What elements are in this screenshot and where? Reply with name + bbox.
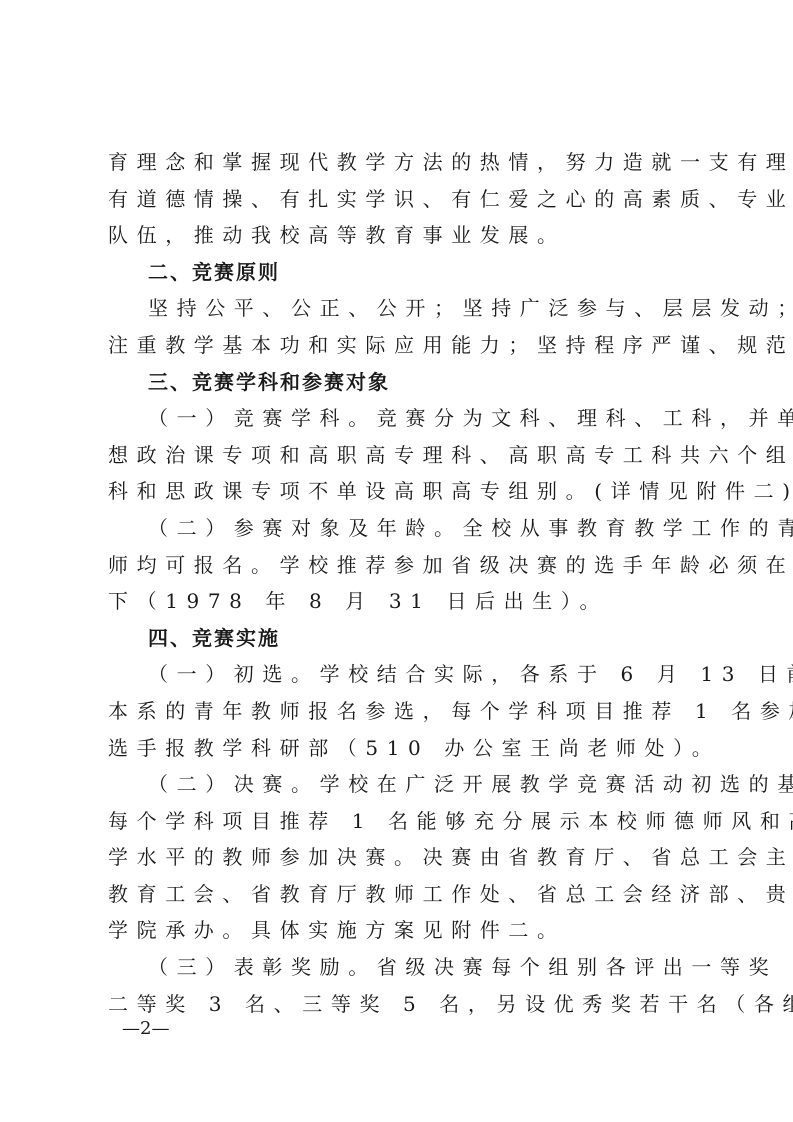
- text-line: 育理念和掌握现代教学方法的热情，努力造就一支有理想信念、: [108, 144, 688, 181]
- text-line: （二）参赛对象及年龄。全校从事教育教学工作的青年教: [108, 510, 688, 547]
- paragraph-participants-age: （二）参赛对象及年龄。全校从事教育教学工作的青年教 师均可报名。学校推荐参加省级…: [108, 510, 688, 620]
- text-line: （三）表彰奖励。省级决赛每个组别各评出一等奖 1 名、: [108, 949, 688, 986]
- text-line: 学院承办。具体实施方案见附件二。: [108, 912, 688, 949]
- paragraph-final: （二）决赛。学校在广泛开展教学竞赛活动初选的基础上， 每个学科项目推荐 1 名能…: [108, 766, 688, 949]
- text-line: 下（1978 年 8 月 31 日后出生）。: [108, 583, 688, 620]
- paragraph-preliminary: （一）初选。学校结合实际，各系于 6 月 13 日前完成开展 本系的青年教师报名…: [108, 656, 688, 766]
- text-line: （一）初选。学校结合实际，各系于 6 月 13 日前完成开展: [108, 656, 688, 693]
- section-heading-implementation: 四、竞赛实施: [108, 620, 688, 657]
- text-line: 有道德情操、有扎实学识、有仁爱之心的高素质、专业化教师: [108, 181, 688, 218]
- text-line: 教育工会、省教育厅教师工作处、省总工会经济部、贵州理工: [108, 876, 688, 913]
- text-line: 每个学科项目推荐 1 名能够充分展示本校师德师风和高层次教: [108, 803, 688, 840]
- paragraph-principles: 坚持公平、公正、公开；坚持广泛参与、层层发动；坚持 注重教学基本功和实际应用能力…: [108, 290, 688, 363]
- page-number: —2—: [122, 1018, 169, 1039]
- text-line: 师均可报名。学校推荐参加省级决赛的选手年龄必须在 40 岁以: [108, 547, 688, 584]
- text-line: 想政治课专项和高职高专理科、高职高专工科共六个组别。文: [108, 437, 688, 474]
- text-line: 选手报教学科研部（510 办公室王尚老师处）。: [108, 730, 688, 767]
- text-line: 学水平的教师参加决赛。决赛由省教育厅、省总工会主办，省: [108, 839, 688, 876]
- text-line: 科和思政课专项不单设高职高专组别。(详情见附件二): [108, 473, 688, 510]
- document-body: 育理念和掌握现代教学方法的热情，努力造就一支有理想信念、 有道德情操、有扎实学识…: [108, 144, 688, 1022]
- text-line: （一）竞赛学科。竞赛分为文科、理科、工科，并单设思: [108, 400, 688, 437]
- text-line: 坚持公平、公正、公开；坚持广泛参与、层层发动；坚持: [108, 290, 688, 327]
- paragraph-intro-continuation: 育理念和掌握现代教学方法的热情，努力造就一支有理想信念、 有道德情操、有扎实学识…: [108, 144, 688, 254]
- text-line: 本系的青年教师报名参选，每个学科项目推荐 1 名参加初选的: [108, 693, 688, 730]
- section-heading-subjects-participants: 三、竞赛学科和参赛对象: [108, 364, 688, 401]
- text-line: 队伍，推动我校高等教育事业发展。: [108, 217, 688, 254]
- section-heading-principles: 二、竞赛原则: [108, 254, 688, 291]
- text-line: 注重教学基本功和实际应用能力；坚持程序严谨、规范。: [108, 327, 688, 364]
- text-line: 二等奖 3 名、三等奖 5 名，另设优秀奖若干名（各组别总获奖: [108, 986, 688, 1023]
- paragraph-subjects: （一）竞赛学科。竞赛分为文科、理科、工科，并单设思 想政治课专项和高职高专理科、…: [108, 400, 688, 510]
- text-line: （二）决赛。学校在广泛开展教学竞赛活动初选的基础上，: [108, 766, 688, 803]
- paragraph-awards: （三）表彰奖励。省级决赛每个组别各评出一等奖 1 名、 二等奖 3 名、三等奖 …: [108, 949, 688, 1022]
